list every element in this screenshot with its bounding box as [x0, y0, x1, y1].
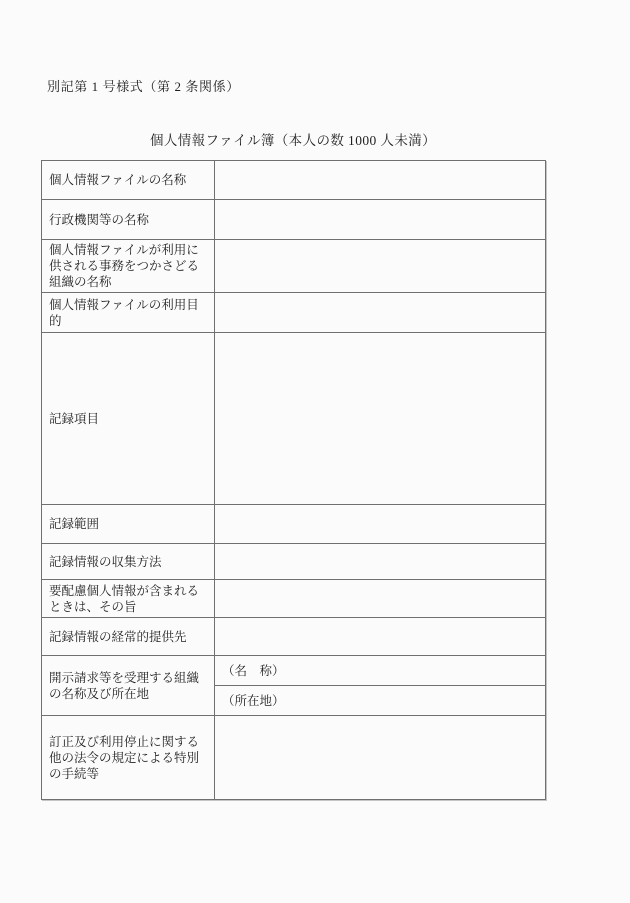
table-row: 個人情報ファイルの利用目的	[42, 293, 546, 333]
table-row: 行政機関等の名称	[42, 200, 546, 240]
row-value-sensitive-info-notice	[215, 580, 546, 618]
row-label-record-scope: 記録範囲	[42, 505, 215, 544]
table-row: 要配慮個人情報が含まれるときは、その旨	[42, 580, 546, 618]
row-label-agency-name: 行政機関等の名称	[42, 200, 215, 240]
row-sublabel-office-name: （名 称）	[215, 656, 546, 686]
form-number-note: 別記第 1 号様式（第 2 条関係）	[47, 76, 240, 95]
row-label-file-name: 個人情報ファイルの名称	[42, 161, 215, 200]
row-label-sensitive-info-notice: 要配慮個人情報が含まれるときは、その旨	[42, 580, 215, 618]
row-value-recorded-items	[215, 333, 546, 505]
row-label-recorded-items: 記録項目	[42, 333, 215, 505]
table-row: 記録範囲	[42, 505, 546, 544]
row-label-routine-recipients: 記録情報の経常的提供先	[42, 618, 215, 656]
document-title: 個人情報ファイル簿（本人の数 1000 人未満）	[41, 129, 545, 149]
table-row: 記録情報の収集方法	[42, 544, 546, 580]
table-row: 開示請求等を受理する組織の名称及び所在地 （名 称）	[42, 656, 546, 686]
table-row: 個人情報ファイルの名称	[42, 161, 546, 200]
row-sublabel-office-address: （所在地）	[215, 686, 546, 716]
table-row: 訂正及び利用停止に関する他の法令の規定による特別の手続等	[42, 716, 546, 800]
personal-info-file-register-table: 個人情報ファイルの名称 行政機関等の名称 個人情報ファイルが利用に供される事務を…	[41, 160, 546, 800]
row-label-responsible-organization: 個人情報ファイルが利用に供される事務をつかさどる組織の名称	[42, 240, 215, 293]
table-row: 記録情報の経常的提供先	[42, 618, 546, 656]
row-label-disclosure-request-office: 開示請求等を受理する組織の名称及び所在地	[42, 656, 215, 716]
row-value-file-name	[215, 161, 546, 200]
row-value-agency-name	[215, 200, 546, 240]
row-value-usage-purpose	[215, 293, 546, 333]
row-value-routine-recipients	[215, 618, 546, 656]
row-value-record-scope	[215, 505, 546, 544]
table-row: 個人情報ファイルが利用に供される事務をつかさどる組織の名称	[42, 240, 546, 293]
row-label-correction-special-procedures: 訂正及び利用停止に関する他の法令の規定による特別の手続等	[42, 716, 215, 800]
row-value-collection-method	[215, 544, 546, 580]
row-value-correction-special-procedures	[215, 716, 546, 800]
table-row: 記録項目	[42, 333, 546, 505]
row-value-responsible-organization	[215, 240, 546, 293]
row-label-collection-method: 記録情報の収集方法	[42, 544, 215, 580]
row-label-usage-purpose: 個人情報ファイルの利用目的	[42, 293, 215, 333]
